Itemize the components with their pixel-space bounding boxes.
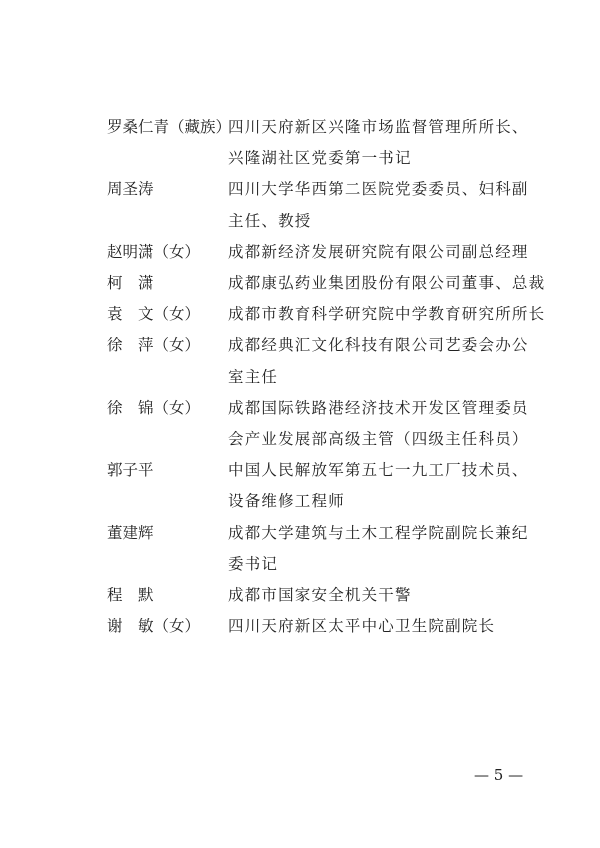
position-line: 四川大学华西第二医院党委委员、妇科副 <box>228 174 529 205</box>
position-line: 成都新经济发展研究院有限公司副总经理 <box>228 237 529 268</box>
position-line: 设备维修工程师 <box>228 486 529 517</box>
list-item: 谢 敏（女） 四川天府新区太平中心卫生院副院长 <box>107 611 527 642</box>
page-number: — 5 — <box>474 765 523 785</box>
member-position: 四川天府新区兴隆市场监督管理所所长、 兴隆湖社区党委第一书记 <box>228 112 529 174</box>
position-line: 成都市国家安全机关干警 <box>228 580 527 611</box>
member-position: 中国人民解放军第五七一九工厂技术员、 设备维修工程师 <box>228 455 529 517</box>
member-position: 成都市国家安全机关干警 <box>228 580 527 611</box>
member-position: 成都经典汇文化科技有限公司艺委会办公 室主任 <box>228 330 529 392</box>
position-line: 会产业发展部高级主管（四级主任科员） <box>228 424 529 455</box>
member-name: 郭子平 <box>107 455 228 486</box>
list-item: 袁 文（女） 成都市教育科学研究院中学教育研究所所长 <box>107 299 527 330</box>
member-name: 程 默 <box>107 580 228 611</box>
list-item: 郭子平 中国人民解放军第五七一九工厂技术员、 设备维修工程师 <box>107 455 527 517</box>
position-line: 委书记 <box>228 549 529 580</box>
member-name: 袁 文（女） <box>107 299 228 330</box>
member-name: 柯 潇 <box>107 268 228 299</box>
member-name: 董建辉 <box>107 518 228 549</box>
position-line: 四川天府新区太平中心卫生院副院长 <box>228 611 527 642</box>
member-name: 罗桑仁青（藏族） <box>107 112 228 143</box>
member-position: 成都康弘药业集团股份有限公司董事、总裁 <box>228 268 545 299</box>
position-line: 成都国际铁路港经济技术开发区管理委员 <box>228 393 529 424</box>
member-name: 徐 萍（女） <box>107 330 228 361</box>
position-line: 成都市教育科学研究院中学教育研究所所长 <box>228 299 545 330</box>
member-position: 成都新经济发展研究院有限公司副总经理 <box>228 237 529 268</box>
list-item: 柯 潇 成都康弘药业集团股份有限公司董事、总裁 <box>107 268 527 299</box>
member-list: 罗桑仁青（藏族） 四川天府新区兴隆市场监督管理所所长、 兴隆湖社区党委第一书记 … <box>107 112 527 642</box>
list-item: 董建辉 成都大学建筑与土木工程学院副院长兼纪 委书记 <box>107 518 527 580</box>
position-line: 四川天府新区兴隆市场监督管理所所长、 <box>228 112 529 143</box>
list-item: 赵明潇（女） 成都新经济发展研究院有限公司副总经理 <box>107 237 527 268</box>
member-name: 赵明潇（女） <box>107 237 228 268</box>
position-line: 室主任 <box>228 362 529 393</box>
position-line: 中国人民解放军第五七一九工厂技术员、 <box>228 455 529 486</box>
member-name: 徐 锦（女） <box>107 393 228 424</box>
member-position: 四川天府新区太平中心卫生院副院长 <box>228 611 527 642</box>
member-position: 成都市教育科学研究院中学教育研究所所长 <box>228 299 545 330</box>
position-line: 成都康弘药业集团股份有限公司董事、总裁 <box>228 268 545 299</box>
member-name: 周圣涛 <box>107 174 228 205</box>
member-position: 成都国际铁路港经济技术开发区管理委员 会产业发展部高级主管（四级主任科员） <box>228 393 529 455</box>
position-line: 成都大学建筑与土木工程学院副院长兼纪 <box>228 518 529 549</box>
member-position: 成都大学建筑与土木工程学院副院长兼纪 委书记 <box>228 518 529 580</box>
list-item: 徐 萍（女） 成都经典汇文化科技有限公司艺委会办公 室主任 <box>107 330 527 392</box>
list-item: 罗桑仁青（藏族） 四川天府新区兴隆市场监督管理所所长、 兴隆湖社区党委第一书记 <box>107 112 527 174</box>
list-item: 程 默 成都市国家安全机关干警 <box>107 580 527 611</box>
position-line: 主任、教授 <box>228 206 529 237</box>
list-item: 周圣涛 四川大学华西第二医院党委委员、妇科副 主任、教授 <box>107 174 527 236</box>
position-line: 成都经典汇文化科技有限公司艺委会办公 <box>228 330 529 361</box>
member-position: 四川大学华西第二医院党委委员、妇科副 主任、教授 <box>228 174 529 236</box>
member-name: 谢 敏（女） <box>107 611 228 642</box>
document-page: 罗桑仁青（藏族） 四川天府新区兴隆市场监督管理所所长、 兴隆湖社区党委第一书记 … <box>0 0 600 848</box>
list-item: 徐 锦（女） 成都国际铁路港经济技术开发区管理委员 会产业发展部高级主管（四级主… <box>107 393 527 455</box>
position-line: 兴隆湖社区党委第一书记 <box>228 143 529 174</box>
